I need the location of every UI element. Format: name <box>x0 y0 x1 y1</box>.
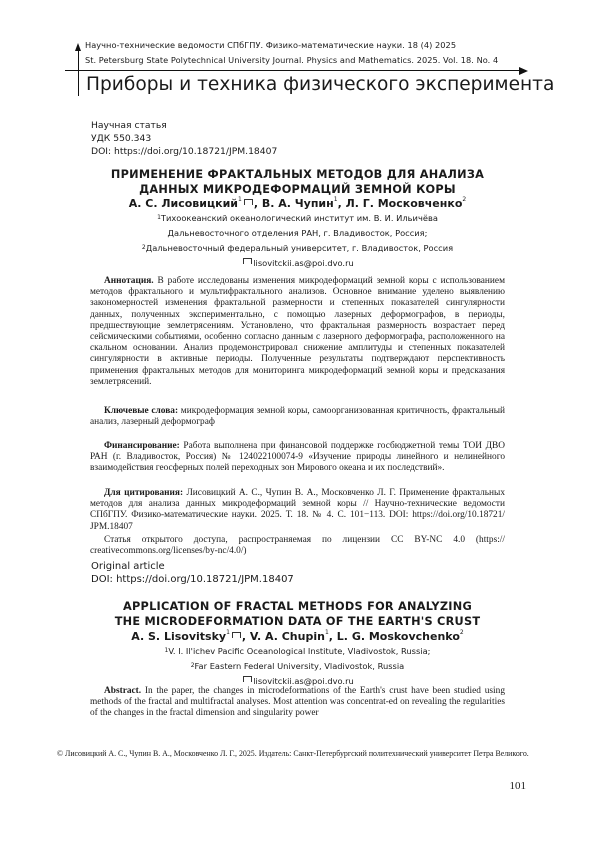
abstract-text-en: In the paper, the changes in microdeform… <box>90 686 505 718</box>
email-link-en[interactable]: lisovitckii.as@poi.dvo.ru <box>253 676 354 686</box>
affiliation-mark: 2 <box>191 662 195 669</box>
funding-label: Финансирование: <box>104 441 180 451</box>
envelope-icon <box>243 676 252 682</box>
author-name: A. S. Lisovitsky <box>131 630 226 643</box>
article-title-en: APPLICATION OF FRACTAL METHODS FOR ANALY… <box>0 599 595 629</box>
citation-label: Для цитирования: <box>104 488 183 498</box>
author-name: В. А. Чупин <box>262 197 334 210</box>
license-note: Статья открытого доступа, распространяем… <box>90 535 505 557</box>
affiliation-mark: 2 <box>142 244 146 251</box>
title-en-line-2: THE MICRODEFORMATION DATA OF THE EARTH'S… <box>0 614 595 629</box>
udc-code: УДК 550.343 <box>91 133 151 144</box>
author-name: А. С. Лисовицкий <box>129 197 238 210</box>
article-type-en: Original article <box>91 561 165 572</box>
header-vertical-rule <box>78 50 79 96</box>
article-title-ru: ПРИМЕНЕНИЕ ФРАКТАЛЬНЫХ МЕТОДОВ ДЛЯ АНАЛИ… <box>0 167 595 197</box>
author-name: V. A. Chupin <box>250 630 325 643</box>
journal-title-ru: Научно-технические ведомости СПбГПУ. Физ… <box>85 40 456 50</box>
title-ru-line-2: ДАННЫХ МИКРОДЕФОРМАЦИЙ ЗЕМНОЙ КОРЫ <box>0 182 595 197</box>
section-title: Приборы и техника физического эксперимен… <box>86 74 554 95</box>
author-affiliation-mark: 2 <box>460 629 464 636</box>
abstract-label-ru: Аннотация. <box>104 276 154 286</box>
email-link-ru[interactable]: lisovitckii.as@poi.dvo.ru <box>253 258 354 268</box>
citation-ru: Для цитирования: Лисовицкий А. С., Чупин… <box>90 488 505 533</box>
author-affiliation-mark: 1 <box>226 629 230 636</box>
page-number: 101 <box>490 780 526 792</box>
affiliation-1-line-1: Тихоокеанский океанологический институт … <box>161 213 438 223</box>
abstract-label-en: Abstract. <box>104 686 141 696</box>
author-name: Л. Г. Московченко <box>346 197 463 210</box>
affiliations-en: 1V. I. Il'ichev Pacific Oceanological In… <box>0 644 595 689</box>
abstract-en: Abstract. In the paper, the changes in m… <box>90 686 505 720</box>
abstract-text-ru: В работе исследованы изменения микродефо… <box>90 276 505 387</box>
author-affiliation-mark: 1 <box>334 196 338 203</box>
affiliations-ru: 1Тихоокеанский океанологический институт… <box>0 211 595 271</box>
affiliation-2: Дальневосточный федеральный университет,… <box>146 243 453 253</box>
title-en-line-1: APPLICATION OF FRACTAL METHODS FOR ANALY… <box>0 599 595 614</box>
doi-ru[interactable]: DOI: https://doi.org/10.18721/JPM.18407 <box>91 146 277 157</box>
envelope-icon <box>243 258 252 264</box>
author-name: L. G. Moskovchenko <box>337 630 460 643</box>
envelope-icon <box>244 199 253 205</box>
affiliation-mark: 1 <box>165 647 169 654</box>
article-type-ru: Научная статья <box>91 120 167 131</box>
header-horizontal-rule <box>65 70 521 71</box>
author-affiliation-mark: 1 <box>325 629 329 636</box>
title-ru-line-1: ПРИМЕНЕНИЕ ФРАКТАЛЬНЫХ МЕТОДОВ ДЛЯ АНАЛИ… <box>0 167 595 182</box>
affiliation-1-line-2: Дальневосточного отделения РАН, г. Влади… <box>0 226 595 241</box>
authors-ru: А. С. Лисовицкий1, В. А. Чупин1, Л. Г. М… <box>0 197 595 210</box>
author-affiliation-mark: 2 <box>462 196 466 203</box>
authors-en: A. S. Lisovitsky1, V. A. Chupin1, L. G. … <box>0 630 595 643</box>
affiliation-mark: 1 <box>157 214 161 221</box>
affiliation-1-en: V. I. Il'ichev Pacific Oceanological Ins… <box>168 646 430 656</box>
abstract-ru: Аннотация. В работе исследованы изменени… <box>90 276 505 388</box>
keywords-label: Ключевые слова: <box>104 406 178 416</box>
author-affiliation-mark: 1 <box>238 196 242 203</box>
keywords-ru: Ключевые слова: микродеформация земной к… <box>90 406 505 428</box>
journal-title-en: St. Petersburg State Polytechnical Unive… <box>85 55 498 65</box>
affiliation-2-en: Far Eastern Federal University, Vladivos… <box>195 661 405 671</box>
doi-en[interactable]: DOI: https://doi.org/10.18721/JPM.18407 <box>91 574 294 585</box>
funding-ru: Финансирование: Работа выполнена при фин… <box>90 441 505 475</box>
copyright-notice: © Лисовицкий А. С., Чупин В. А., Московч… <box>57 748 531 760</box>
envelope-icon <box>232 632 241 638</box>
